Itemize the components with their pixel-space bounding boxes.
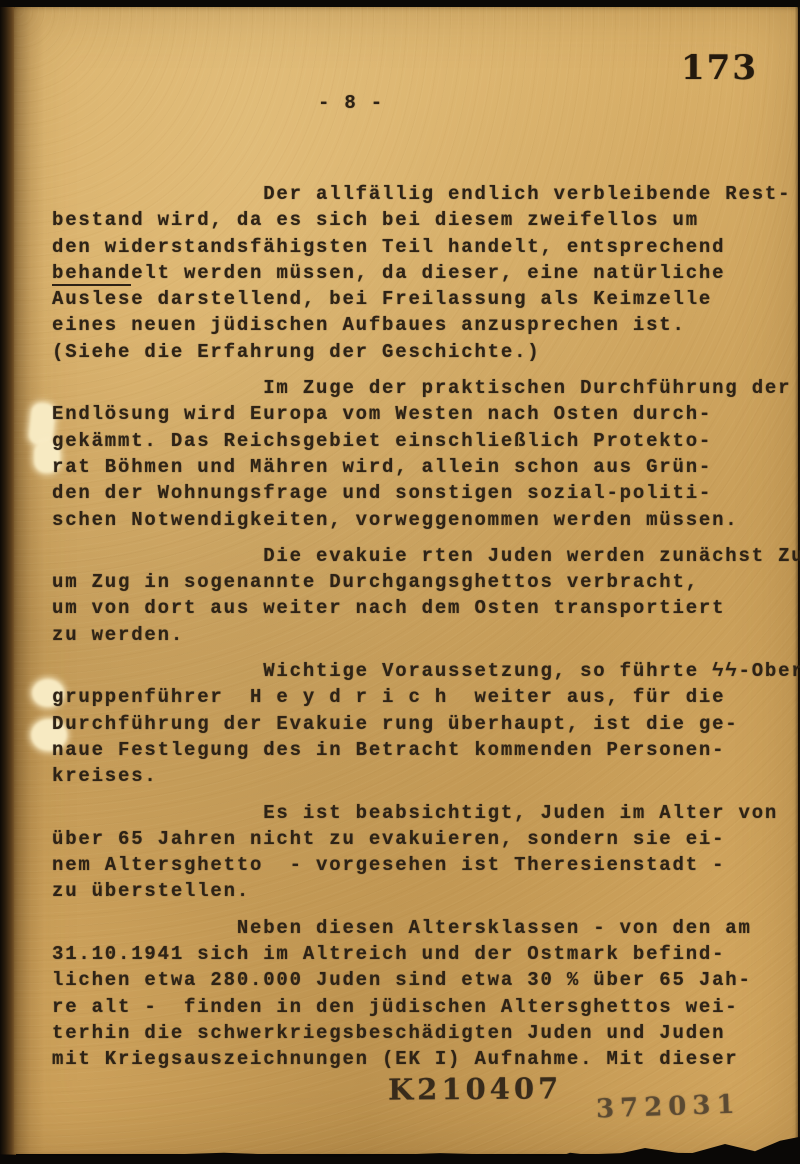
document-text: Der allfällig endlich verbleibende Rest-… <box>52 181 782 1073</box>
paragraph: Im Zuge der praktischen Durchführung der… <box>52 375 782 533</box>
text-line: zu werden. <box>52 622 782 648</box>
text-line: 31.10.1941 sich im Altreich und der Ostm… <box>52 941 782 967</box>
text-line: schen Notwendigkeiten, vorweggenommen we… <box>52 507 782 533</box>
text-line: gekämmt. Das Reichsgebiet einschließlich… <box>52 428 782 454</box>
scan-right-edge <box>795 0 800 1164</box>
archive-page-number-stamp: 173 <box>681 48 758 88</box>
text-line: Neben diesen Altersklassen - von den am <box>52 915 782 941</box>
text-line: eines neuen jüdischen Aufbaues anzusprec… <box>52 312 782 338</box>
text-line: den der Wohnungsfrage und sonstigen sozi… <box>52 480 782 506</box>
scan-top-edge <box>0 0 800 7</box>
paragraph: Die evakuie rten Juden werden zunächst Z… <box>52 543 782 648</box>
text-line: bestand wird, da es sich bei diesem zwei… <box>52 207 782 233</box>
gutter-shadow <box>14 5 44 1154</box>
text-line: re alt - finden in den jüdischen Altersg… <box>52 994 782 1020</box>
text-line: gruppenführer H e y d r i c h weiter aus… <box>52 684 782 710</box>
text-line: über 65 Jahren nicht zu evakuieren, sond… <box>52 826 782 852</box>
paragraph: Neben diesen Altersklassen - von den am3… <box>52 915 782 1073</box>
text-line: kreises. <box>52 763 782 789</box>
text-line: lichen etwa 280.000 Juden sind etwa 30 %… <box>52 967 782 993</box>
scanned-document-page: 173 - 8 - Der allfällig endlich verbleib… <box>0 0 800 1164</box>
paragraph: Es ist beabsichtigt, Juden im Alter vonü… <box>52 800 782 905</box>
text-line: (Siehe die Erfahrung der Geschichte.) <box>52 339 782 365</box>
text-line: Die evakuie rten Juden werden zunächst Z… <box>52 543 782 569</box>
text-line: nem Altersghetto - vorgesehen ist Theres… <box>52 852 782 878</box>
typed-page-number: - 8 - <box>318 92 384 114</box>
text-line: Wichtige Voraussetzung, so führte ϟϟ-Obe… <box>52 658 782 684</box>
text-line: Der allfällig endlich verbleibende Rest- <box>52 181 782 207</box>
text-line: Es ist beabsichtigt, Juden im Alter von <box>52 800 782 826</box>
text-line: den widerstandsfähigsten Teil handelt, e… <box>52 234 782 260</box>
text-line: terhin die schwerkriegsbeschädigten Jude… <box>52 1020 782 1046</box>
reference-stamp-center: K210407 <box>388 1071 563 1106</box>
text-line: mit Kriegsauszeichnungen (EK I) Aufnahme… <box>52 1046 782 1072</box>
text-line: Durchführung der Evakuie rung überhaupt,… <box>52 711 782 737</box>
paragraph: Der allfällig endlich verbleibende Rest-… <box>52 181 782 365</box>
underlined-text: behand <box>52 262 131 286</box>
paragraph: Wichtige Voraussetzung, so führte ϟϟ-Obe… <box>52 658 782 789</box>
text-line: behandelt werden müssen, da dieser, eine… <box>52 260 782 286</box>
text-line: Endlösung wird Europa vom Westen nach Os… <box>52 401 782 427</box>
text-line: zu überstellen. <box>52 878 782 904</box>
text-line: um Zug in sogenannte Durchgangsghettos v… <box>52 569 782 595</box>
text-line: rat Böhmen und Mähren wird, allein schon… <box>52 454 782 480</box>
text-line: naue Festlegung des in Betracht kommende… <box>52 737 782 763</box>
reference-stamp-right: 372031 <box>596 1089 742 1124</box>
text-line: Auslese darstellend, bei Freilassung als… <box>52 286 782 312</box>
text-line: Im Zuge der praktischen Durchführung der <box>52 375 782 401</box>
text-line: um von dort aus weiter nach dem Osten tr… <box>52 595 782 621</box>
